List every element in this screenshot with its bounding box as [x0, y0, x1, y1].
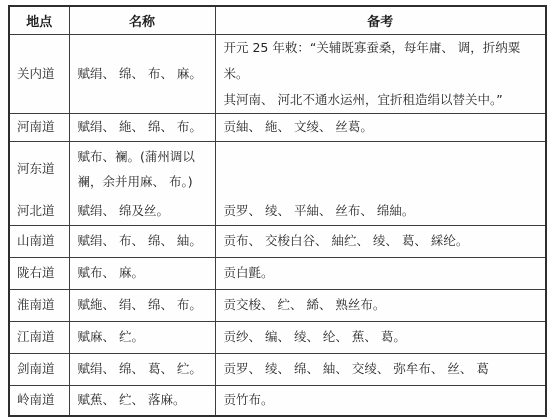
location-cell: 河南道 — [9, 113, 69, 141]
name-cell: 赋蕉、 纻、 落麻。 — [69, 385, 215, 416]
location-hedong: 河东道 — [10, 142, 69, 196]
remark-cell-merged: 贡罗、 绫、 平紬、 丝布、 绵紬。 — [215, 141, 546, 225]
table-row-jiangnan: 江南道 赋麻、 纻。 贡纱、 编、 绫、 纶、 蕉、 葛。 — [9, 321, 546, 353]
remark-hebei: 贡罗、 绫、 平紬、 丝布、 绵紬。 — [216, 197, 546, 225]
remark-cell: 贡紬、 絁、 文绫、 丝葛。 — [215, 113, 546, 141]
table-row-jiannan: 剑南道 赋绢、 绵、 葛、 纻。 贡罗、 绫、 绵、 紬、 交绫、 弥牟布、 丝… — [9, 353, 546, 385]
remark-cell: 开元 25 年敕：“关辅既寡蚕桑，每年庸、 调，折纳粟米。 其河南、 河北不通水… — [215, 34, 546, 113]
location-cell: 岭南道 — [9, 385, 69, 416]
header-location: 地点 — [9, 6, 69, 34]
remark-cell: 贡交梭、 纻、 絺、 熟丝布。 — [215, 289, 546, 321]
table-row-guannei: 关内道 赋绢、 绵、 布、 麻。 开元 25 年敕：“关辅既寡蚕桑，每年庸、 调… — [9, 34, 546, 113]
remark-cell: 贡罗、 绫、 绵、 紬、 交绫、 弥牟布、 丝、 葛 — [215, 353, 546, 385]
name-cell: 赋绢、 絁、 绵、 布。 — [69, 113, 215, 141]
location-cell: 山南道 — [9, 225, 69, 257]
name-cell: 赋绢、 绵、 葛、 纻。 — [69, 353, 215, 385]
remark-cell: 贡竹布。 — [215, 385, 546, 416]
location-cell-merged: 河东道 河北道 — [9, 141, 69, 225]
name-cell: 赋绢、 绵、 布、 麻。 — [69, 34, 215, 113]
header-remark: 备考 — [215, 6, 546, 34]
location-cell: 淮南道 — [9, 289, 69, 321]
remark-cell: 贡白氈。 — [215, 257, 546, 289]
table-row-huainan: 淮南道 赋絁、 绢、 绵、 布。 贡交梭、 纻、 絺、 熟丝布。 — [9, 289, 546, 321]
remark-line-1: 开元 25 年敕：“关辅既寡蚕桑，每年庸、 调，折纳粟米。 — [224, 35, 542, 87]
location-hebei: 河北道 — [10, 197, 69, 225]
remark-spacer — [216, 142, 546, 196]
table-row-henan: 河南道 赋绢、 絁、 绵、 布。 贡紬、 絁、 文绫、 丝葛。 — [9, 113, 546, 141]
name-cell-merged: 赋布、襕。(蒲州调以襕，余并用麻、 布。) 赋绢、 绵及丝。 — [69, 141, 215, 225]
table-row-shannan: 山南道 赋绢、 布、 绵、 紬。 贡布、 交梭白谷、 紬纻、 绫、 葛、 綵纶。 — [9, 225, 546, 257]
name-cell: 赋絁、 绢、 绵、 布。 — [69, 289, 215, 321]
remark-cell: 贡布、 交梭白谷、 紬纻、 绫、 葛、 綵纶。 — [215, 225, 546, 257]
header-name: 名称 — [69, 6, 215, 34]
tang-tax-table: 地点 名称 备考 关内道 赋绢、 绵、 布、 麻。 开元 25 年敕：“关辅既寡… — [8, 5, 547, 417]
name-cell: 赋绢、 布、 绵、 紬。 — [69, 225, 215, 257]
header-row: 地点 名称 备考 — [9, 6, 546, 34]
table-row-hedong-hebei: 河东道 河北道 赋布、襕。(蒲州调以襕，余并用麻、 布。) 赋绢、 绵及丝。 贡… — [9, 141, 546, 225]
name-cell: 赋麻、 纻。 — [69, 321, 215, 353]
remark-line-2: 其河南、 河北不通水运州，宜折租造绢以替关中。” — [224, 87, 542, 113]
location-cell: 江南道 — [9, 321, 69, 353]
location-cell: 陇右道 — [9, 257, 69, 289]
location-cell: 剑南道 — [9, 353, 69, 385]
remark-cell: 贡纱、 编、 绫、 纶、 蕉、 葛。 — [215, 321, 546, 353]
location-cell: 关内道 — [9, 34, 69, 113]
table-row-longyou: 陇右道 赋布、 麻。 贡白氈。 — [9, 257, 546, 289]
name-hebei: 赋绢、 绵及丝。 — [70, 197, 215, 225]
name-cell: 赋布、 麻。 — [69, 257, 215, 289]
name-hedong: 赋布、襕。(蒲州调以襕，余并用麻、 布。) — [70, 142, 215, 196]
table-row-lingnan: 岭南道 赋蕉、 纻、 落麻。 贡竹布。 — [9, 385, 546, 416]
